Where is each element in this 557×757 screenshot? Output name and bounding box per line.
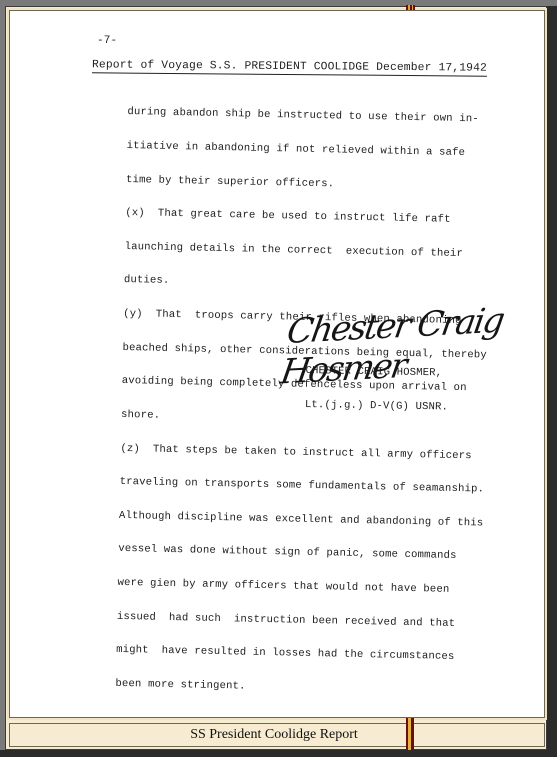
ribbon-decoration-bottom	[406, 718, 414, 751]
body-line: (z) That steps be taken to instruct all …	[120, 443, 485, 462]
body-line: issued had such instruction been receive…	[117, 611, 482, 630]
page-number: -7-	[97, 36, 117, 47]
body-line: traveling on transports some fundamental…	[120, 477, 485, 496]
body-line: time by their superior officers.	[126, 175, 491, 194]
signer-rank: Lt.(j.g.) D-V(G) USNR.	[305, 400, 448, 414]
body-line: launching details in the correct executi…	[124, 242, 489, 261]
frame-shadow-right	[547, 6, 557, 757]
body-line: were gien by army officers that would no…	[117, 578, 482, 597]
body-line: been more stringent.	[115, 679, 480, 698]
ribbon-decoration-top	[406, 5, 415, 10]
body-line: (x) That great care be used to instruct …	[125, 208, 490, 227]
body-line: Although discipline was excellent and ab…	[119, 511, 484, 530]
body-line: might have resulted in losses had the ci…	[116, 645, 481, 664]
body-line: vessel was done without sign of panic, s…	[118, 544, 483, 563]
signature-block: CHESTER CRAIG HOSMER, Lt.(j.g.) D-V(G) U…	[305, 344, 450, 425]
body-line: during abandon ship be instructed to use…	[127, 107, 492, 126]
body-line: itiative in abandoning if not relieved w…	[127, 141, 492, 160]
body-line: duties.	[124, 275, 489, 294]
frame-shadow-bottom	[0, 750, 557, 757]
image-caption: SS President Coolidge Report	[190, 727, 358, 743]
caption-bar: SS President Coolidge Report	[9, 723, 545, 747]
signer-name: CHESTER CRAIG HOSMER,	[305, 366, 448, 380]
